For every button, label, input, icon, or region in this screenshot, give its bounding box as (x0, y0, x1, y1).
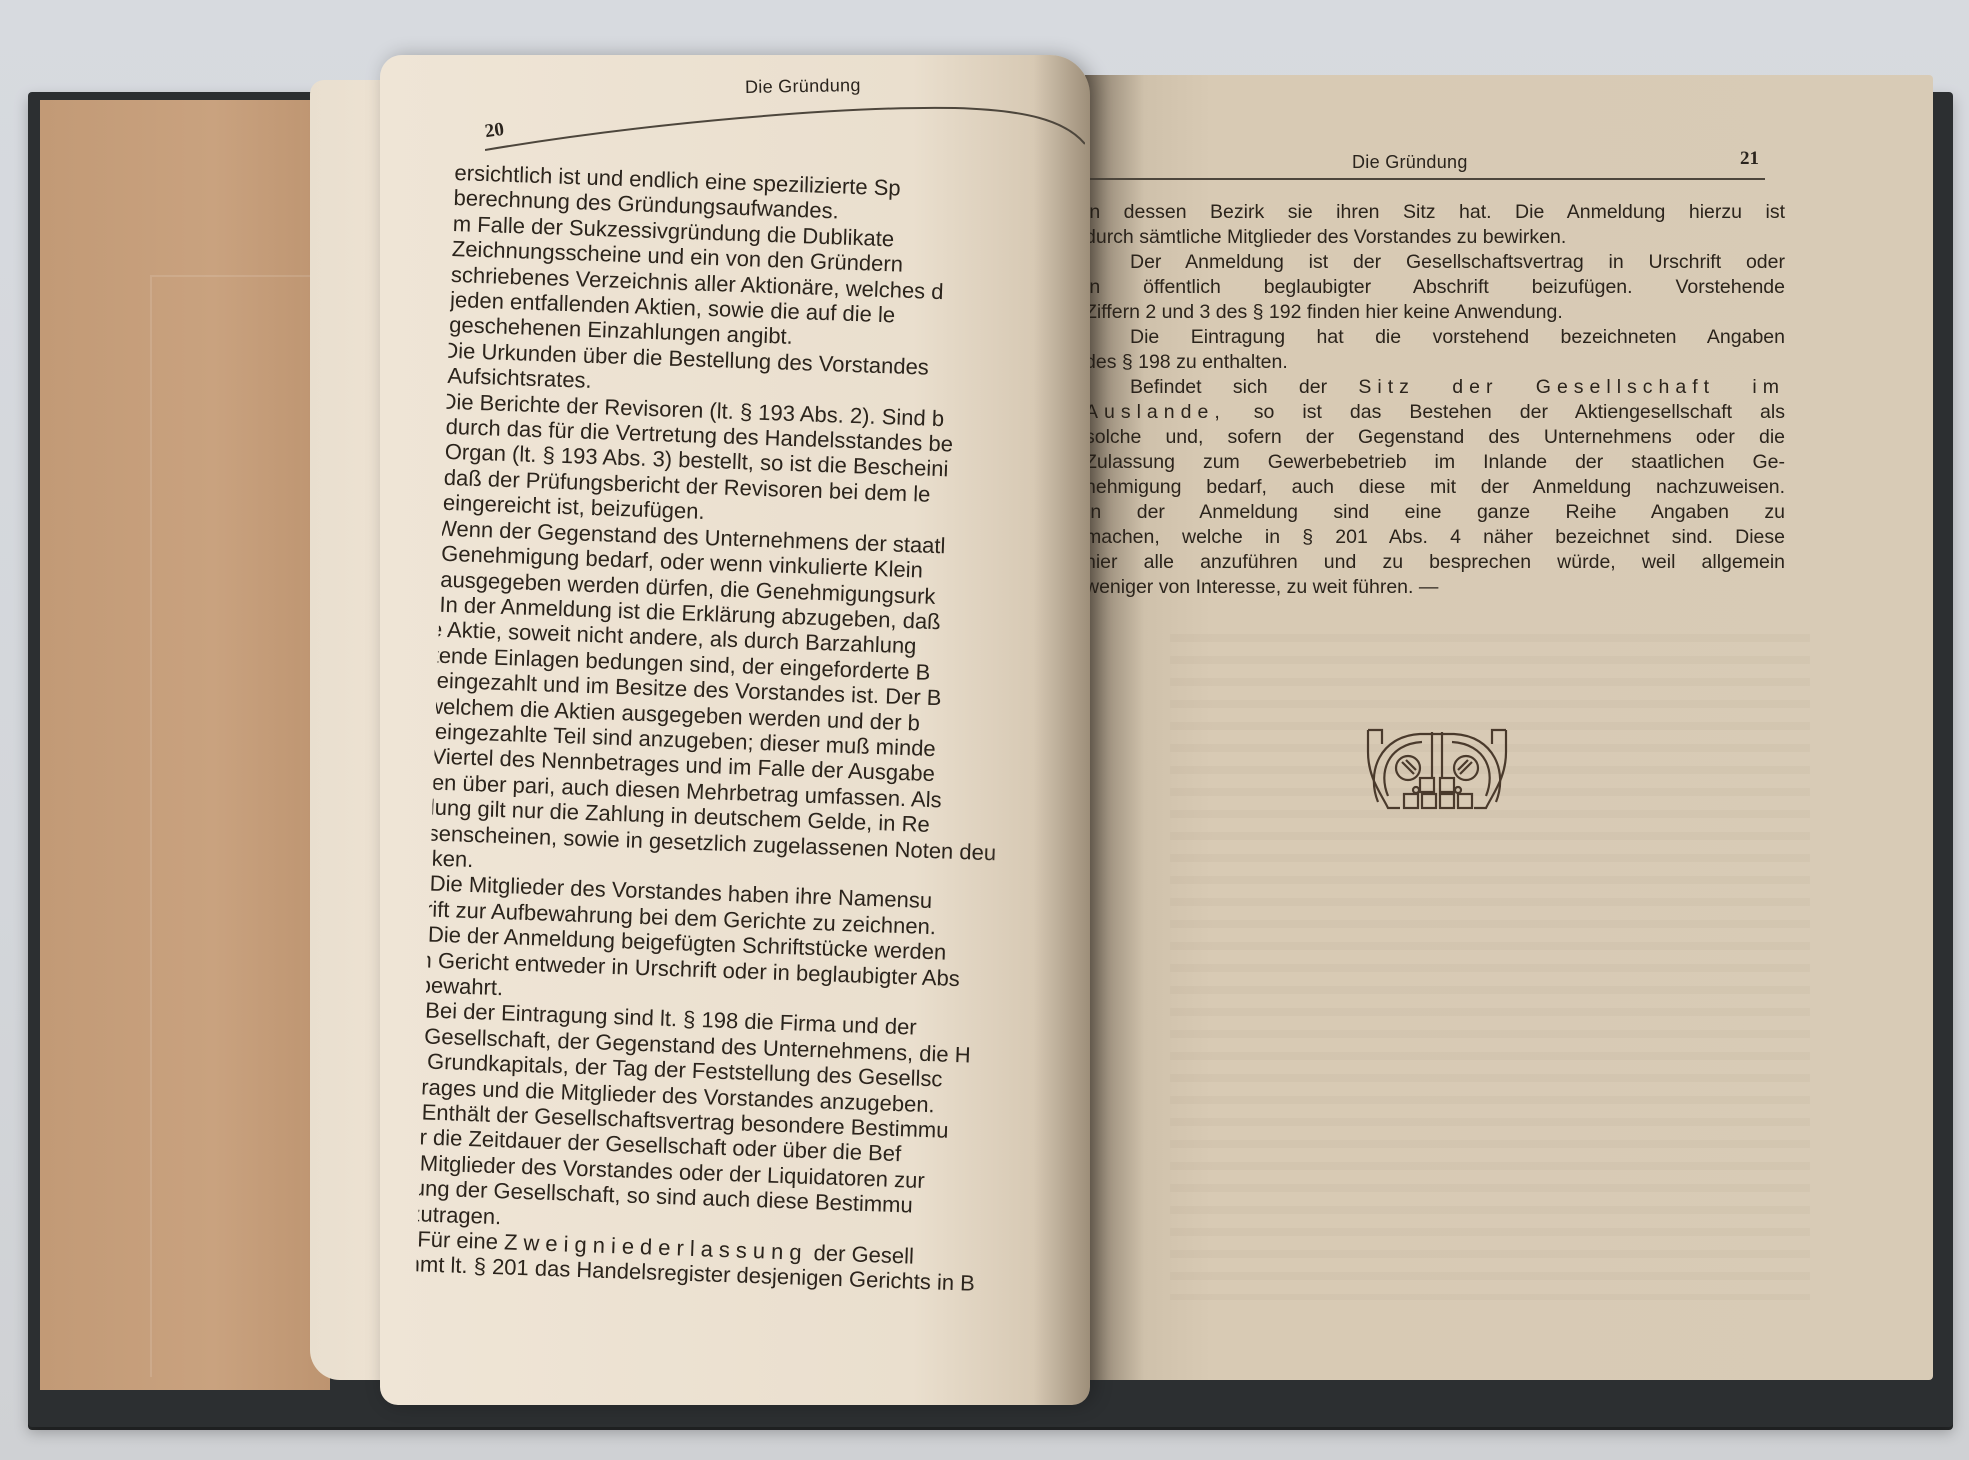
text-line: in öffentlich beglaubigter Abschrift bei… (1085, 275, 1785, 300)
line-text: Die Eintragung hat die vorstehend bezeic… (1130, 326, 1785, 348)
left-page-body: ersichtlich ist und endlich eine spezili… (413, 160, 1094, 1372)
line-text: solche und, sofern der Gegenstand des Un… (1085, 426, 1785, 448)
text-line: nehmigung bedarf, auch diese mit der Anm… (1085, 475, 1785, 500)
right-page-number: 21 (1740, 148, 1759, 170)
line-text: aufbewahrt. (413, 971, 503, 1000)
line-text: einzutragen. (413, 1200, 501, 1229)
line-text: Zulassung zum Gewerbebetrieb im Inlande … (1085, 451, 1785, 473)
text-line: hier alle anzuführen und zu besprechen w… (1085, 550, 1785, 575)
line-text: durch sämtliche Mitglieder des Vorstande… (1085, 226, 1566, 248)
text-line: weniger von Interesse, zu weit führen. — (1085, 575, 1785, 600)
line-text: nehmigung bedarf, auch diese mit der Anm… (1085, 476, 1785, 498)
text-line: des § 198 zu enthalten. (1085, 350, 1785, 375)
line-text: Befindet sich der Sitz der Gesellschaft … (1130, 376, 1785, 398)
line-text: hier alle anzuführen und zu besprechen w… (1085, 551, 1785, 573)
text-line: Der Anmeldung ist der Gesellschaftsvertr… (1085, 250, 1785, 275)
text-line: solche und, sofern der Gegenstand des Un… (1085, 425, 1785, 450)
right-header-rule (1085, 178, 1765, 180)
line-text: des § 198 zu enthalten. (1085, 351, 1288, 373)
right-page-body: in dessen Bezirk sie ihren Sitz hat. Die… (1085, 200, 1785, 600)
text-line: Die Eintragung hat die vorstehend bezeic… (1085, 325, 1785, 350)
text-line: durch sämtliche Mitglieder des Vorstande… (1085, 225, 1785, 250)
line-text: Auslande, so ist das Bestehen der Aktien… (1085, 401, 1785, 423)
line-text: machen, welche in § 201 Abs. 4 näher bez… (1085, 526, 1785, 548)
text-line: Befindet sich der Sitz der Gesellschaft … (1085, 375, 1785, 400)
right-running-head: Die Gründung (1352, 152, 1468, 173)
line-text: in öffentlich beglaubigter Abschrift bei… (1085, 276, 1785, 298)
text-line: Auslande, so ist das Bestehen der Aktien… (1085, 400, 1785, 425)
line-text: weniger von Interesse, zu weit führen. — (1085, 576, 1438, 598)
line-text: Der Anmeldung ist der Gesellschaftsvertr… (1130, 251, 1785, 273)
text-line: Zulassung zum Gewerbebetrieb im Inlande … (1085, 450, 1785, 475)
text-line: In der Anmeldung sind eine ganze Reihe A… (1085, 500, 1785, 525)
left-header-rule (485, 88, 1085, 158)
text-line: machen, welche in § 201 Abs. 4 näher bez… (1085, 525, 1785, 550)
line-text: In der Anmeldung sind eine ganze Reihe A… (1085, 501, 1785, 523)
endpaper (40, 100, 330, 1390)
line-text: in dessen Bezirk sie ihren Sitz hat. Die… (1085, 201, 1785, 223)
line-text: Ziffern 2 und 3 des § 192 finden hier ke… (1085, 301, 1563, 323)
text-line: Ziffern 2 und 3 des § 192 finden hier ke… (1085, 300, 1785, 325)
ornament-icon (1360, 722, 1514, 818)
text-line: in dessen Bezirk sie ihren Sitz hat. Die… (1085, 200, 1785, 225)
